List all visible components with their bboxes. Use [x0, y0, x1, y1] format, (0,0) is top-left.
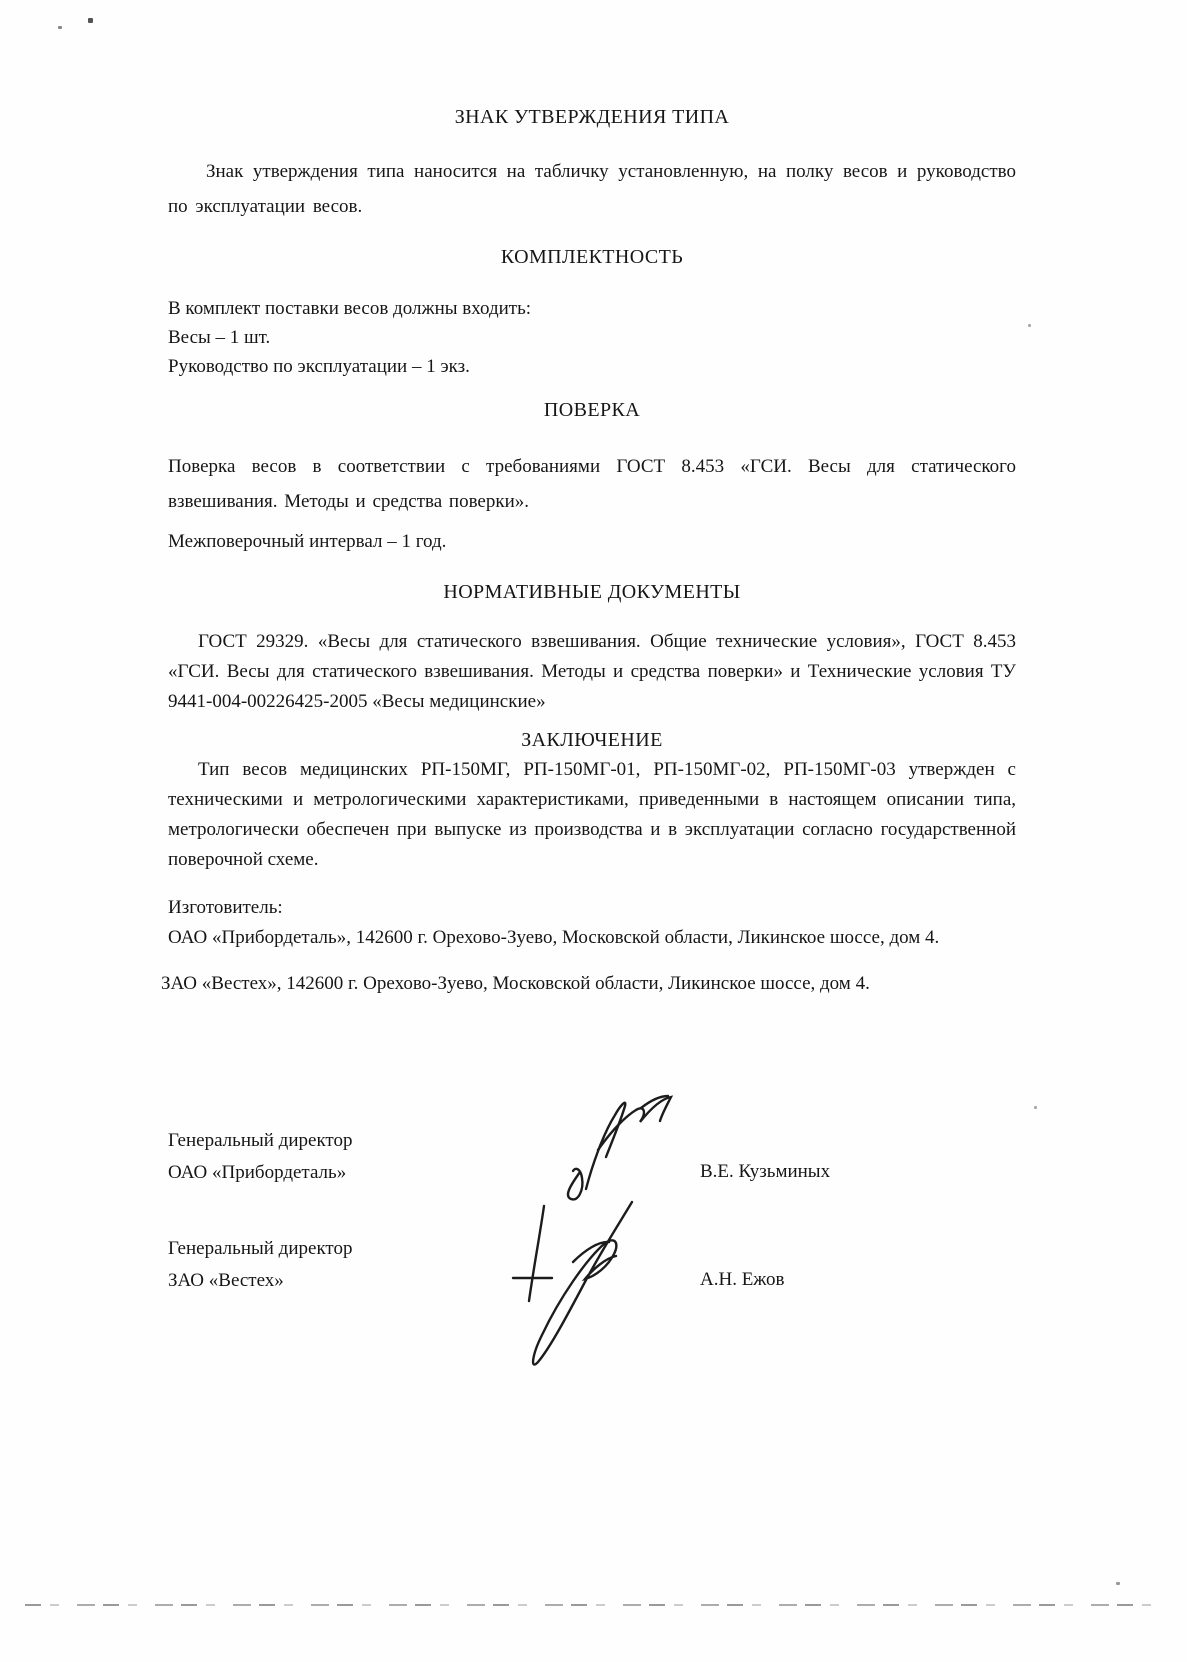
signature-block-vestekh: Генеральный директор ЗАО «Вестех» А.Н. Е…	[168, 1233, 1016, 1297]
manufacturer-entry-vestekh: ЗАО «Вестех», 142600 г. Орехово-Зуево, М…	[161, 969, 1016, 999]
completeness-line-scales: Весы – 1 шт.	[168, 323, 1016, 352]
manufacturer-label: Изготовитель:	[168, 893, 1016, 923]
completeness-list: В комплект поставки весов должны входить…	[168, 294, 1016, 381]
scan-speck	[1034, 1106, 1037, 1109]
signature-name-ezhov: А.Н. Ежов	[700, 1264, 784, 1296]
page-bottom-scan-line	[25, 1603, 1159, 1606]
section-heading-conclusion: ЗАКЛЮЧЕНИЕ	[168, 727, 1016, 753]
manufacturer-entry-pribordetal: ОАО «Прибордеталь», 142600 г. Орехово-Зу…	[168, 923, 1016, 953]
document-content: ЗНАК УТВЕРЖДЕНИЯ ТИПА Знак утверждения т…	[168, 0, 1016, 1297]
completeness-line-manual: Руководство по эксплуатации – 1 экз.	[168, 352, 1016, 381]
scan-speck	[1028, 324, 1031, 327]
section-heading-verification: ПОВЕРКА	[168, 397, 1016, 423]
paragraph-type-approval-mark: Знак утверждения типа наносится на табли…	[168, 154, 1016, 224]
paragraph-conclusion: Тип весов медицинских РП-150МГ, РП-150МГ…	[168, 755, 1016, 875]
document-page: ЗНАК УТВЕРЖДЕНИЯ ТИПА Знак утверждения т…	[0, 0, 1187, 1662]
scan-speck	[88, 18, 93, 23]
signature-block-pribordetal: Генеральный директор ОАО «Прибордеталь» …	[168, 1125, 1016, 1189]
signature-role-title: Генеральный директор	[168, 1125, 1016, 1157]
completeness-line-intro: В комплект поставки весов должны входить…	[168, 294, 1016, 323]
scan-speck	[58, 26, 62, 29]
paragraph-normative-documents: ГОСТ 29329. «Весы для статического взвеш…	[168, 627, 1016, 717]
section-heading-normative-documents: НОРМАТИВНЫЕ ДОКУМЕНТЫ	[168, 579, 1016, 605]
section-heading-completeness: КОМПЛЕКТНОСТЬ	[168, 244, 1016, 270]
paragraph-verification: Поверка весов в соответствии с требовани…	[168, 449, 1016, 519]
signature-name-kuzminykh: В.Е. Кузьминых	[700, 1156, 830, 1188]
scan-speck	[1116, 1582, 1120, 1585]
signature-role-title: Генеральный директор	[168, 1233, 1016, 1265]
signature-role-company: ОАО «Прибордеталь»	[168, 1157, 1016, 1189]
paragraph-verification-interval: Межповерочный интервал – 1 год.	[168, 527, 1016, 557]
signature-role-company: ЗАО «Вестех»	[168, 1265, 1016, 1297]
section-heading-type-approval-mark: ЗНАК УТВЕРЖДЕНИЯ ТИПА	[168, 104, 1016, 130]
